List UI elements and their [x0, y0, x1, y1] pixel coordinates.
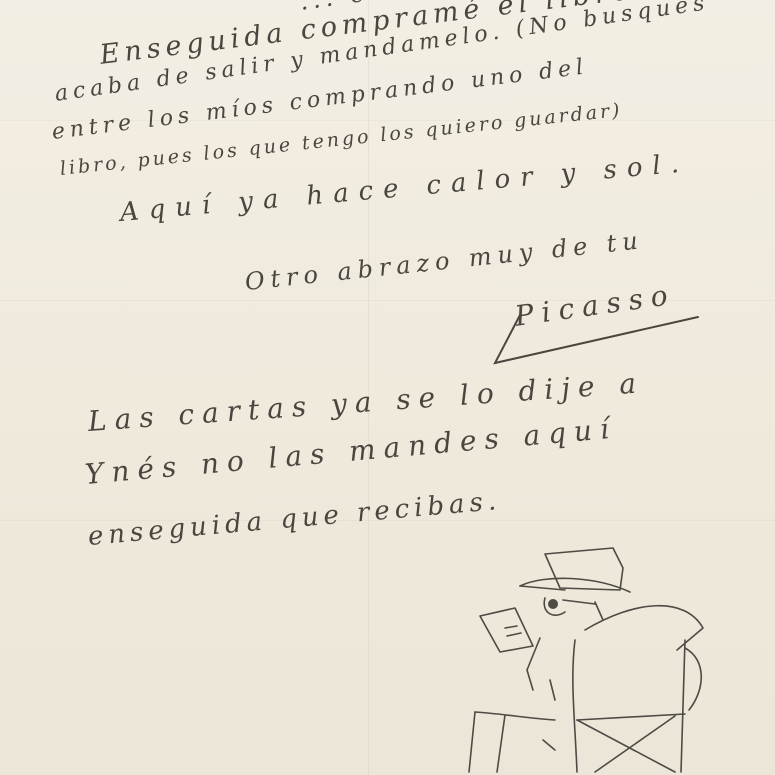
sketch-seated-man-reading [445, 540, 735, 775]
sketch-glasses [548, 599, 558, 609]
letter-line: Otro abrazo muy de tu [244, 226, 645, 296]
postscript-line: enseguida que recibas. [87, 486, 503, 552]
letter-page: ... el libro y Enseguida compramé el lib… [0, 0, 775, 775]
signature-flourish [490, 295, 705, 375]
